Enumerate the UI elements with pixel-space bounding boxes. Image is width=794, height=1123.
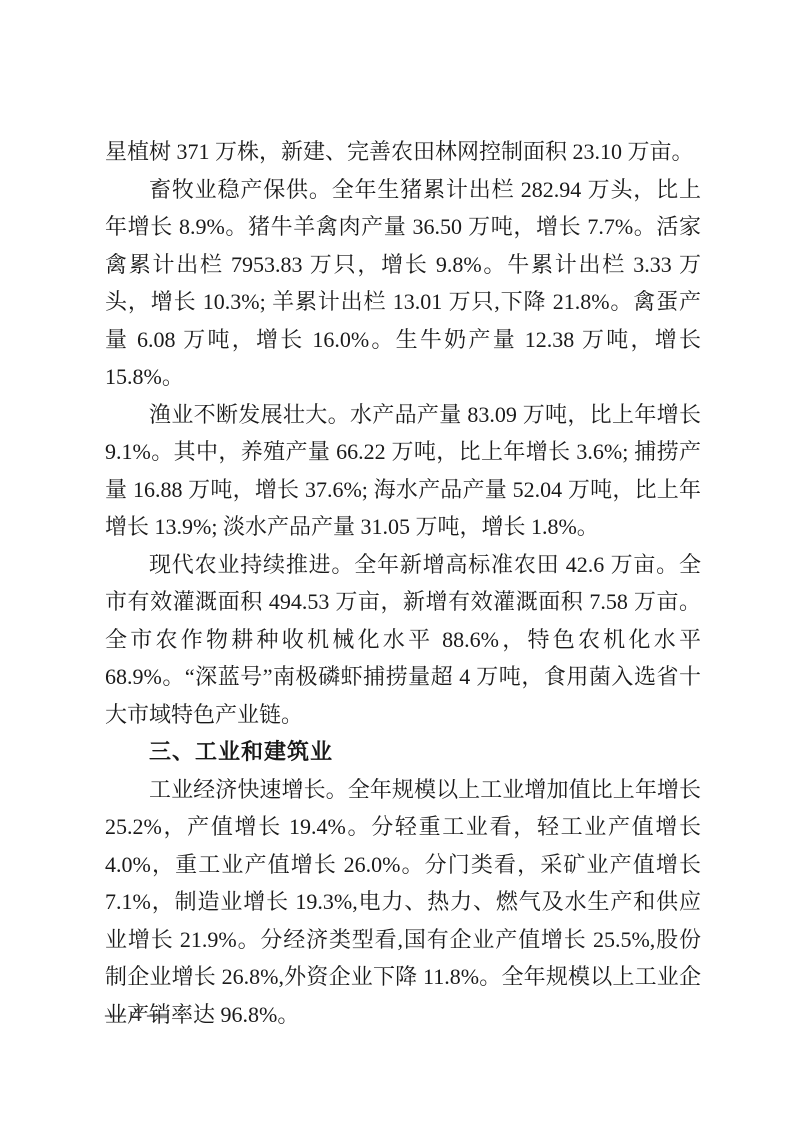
section-heading-industry-construction: 三、工业和建筑业: [105, 733, 701, 771]
document-body: 星植树 371 万株，新建、完善农田林网控制面积 23.10 万亩。 畜牧业稳产…: [105, 133, 701, 1033]
page-number: — 4 —: [105, 1002, 168, 1026]
paragraph-text: 全年新增高标准农田 42.6 万亩。全市有效灌溉面积 494.53 万亩，新增有…: [105, 552, 701, 727]
paragraph-lead: 工业经济快速增长。: [149, 777, 348, 802]
paragraph-lead: 渔业不断发展壮大。: [149, 402, 350, 427]
paragraph-industrial-economy: 工业经济快速增长。全年规模以上工业增加值比上年增长 25.2%，产值增长 19.…: [105, 771, 701, 1034]
paragraph-text: 星植树 371 万株，新建、完善农田林网控制面积 23.10 万亩。: [105, 139, 694, 164]
paragraph-livestock: 畜牧业稳产保供。全年生猪累计出栏 282.94 万头，比上年增长 8.9%。猪牛…: [105, 171, 701, 396]
paragraph-fishery: 渔业不断发展壮大。水产品产量 83.09 万吨，比上年增长 9.1%。其中，养殖…: [105, 396, 701, 546]
paragraph-lead: 畜牧业稳产保供。: [149, 177, 332, 202]
paragraph-modern-agriculture: 现代农业持续推进。全年新增高标准农田 42.6 万亩。全市有效灌溉面积 494.…: [105, 546, 701, 734]
document-page: 星植树 371 万株，新建、完善农田林网控制面积 23.10 万亩。 畜牧业稳产…: [0, 0, 794, 1123]
paragraph-continuation: 星植树 371 万株，新建、完善农田林网控制面积 23.10 万亩。: [105, 133, 701, 171]
paragraph-lead: 现代农业持续推进。: [149, 552, 354, 577]
paragraph-text: 全年规模以上工业增加值比上年增长 25.2%，产值增长 19.4%。分轻重工业看…: [105, 777, 701, 1027]
page-footer: — 4 —: [105, 1002, 168, 1027]
paragraph-text: 全年生猪累计出栏 282.94 万头，比上年增长 8.9%。猪牛羊禽肉产量 36…: [105, 177, 701, 390]
